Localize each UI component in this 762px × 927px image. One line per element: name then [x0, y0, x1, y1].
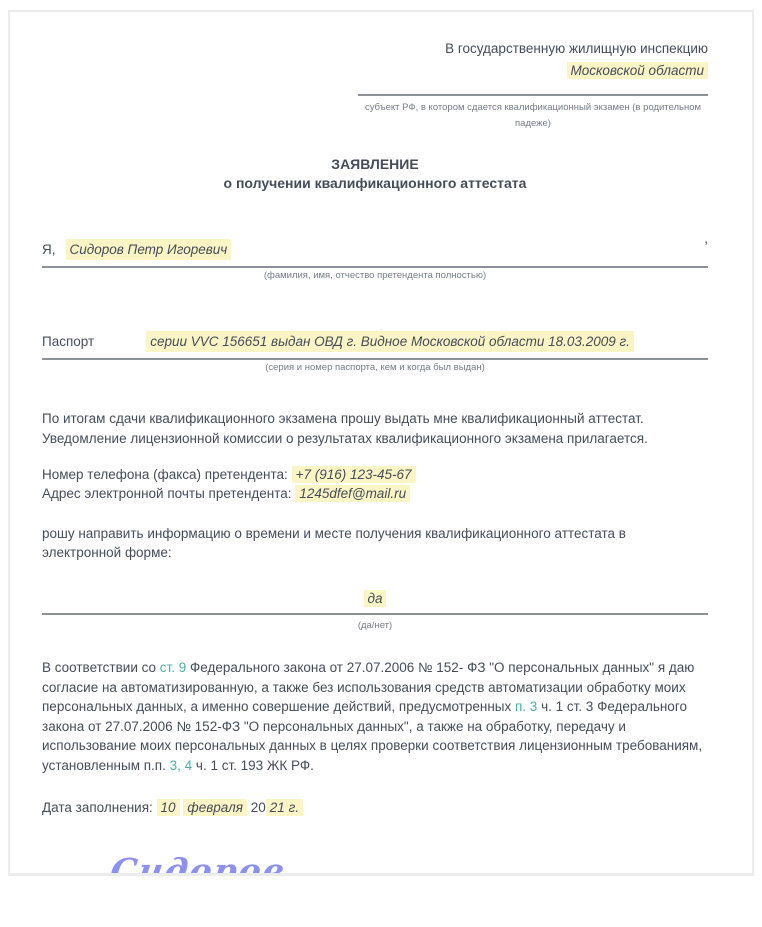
phone-value: +7 (916) 123-45-67	[292, 466, 416, 483]
date-year-value: 21 г.	[266, 799, 303, 816]
passport-label: Паспорт	[42, 332, 94, 352]
passport-caption: (серия и номер паспорта, кем и когда был…	[42, 360, 708, 377]
legal-link-pp34[interactable]: 3, 4	[170, 758, 193, 773]
delivery-paragraph: рошу направить информацию о времени и ме…	[42, 524, 688, 563]
document-title-block: ЗАЯВЛЕНИЕ о получении квалификационного …	[42, 155, 708, 193]
request-paragraph: По итогам сдачи квалификационного экзаме…	[42, 409, 688, 448]
applicant-caption: (фамилия, имя, отчество претендента полн…	[42, 268, 708, 285]
email-label: Адрес электронной почты претендента:	[42, 486, 292, 501]
date-century: 20	[251, 800, 266, 815]
handwritten-signature: Сидоров	[107, 851, 290, 876]
signature-left-column: Сидоров (подпись соискателя)	[42, 851, 354, 876]
date-day-value: 10	[157, 799, 180, 816]
applicant-prefix: Я,	[42, 240, 56, 260]
delivery-answer-row: да	[42, 589, 708, 609]
applicant-row: Я, Сидоров Петр Игоревич ,	[42, 239, 708, 269]
date-month-value: февраля	[183, 799, 247, 816]
signatory-name-value: Сидоров Петр Игоревич	[416, 875, 593, 876]
email-value: 1245dfef@mail.ru	[295, 485, 410, 502]
legal-link-p3[interactable]: п. 3	[515, 699, 537, 714]
passport-value: серии VVC 156651 выдан ОВД г. Видное Мос…	[146, 331, 634, 353]
delivery-answer-field: да (да/нет)	[42, 589, 708, 634]
delivery-caption: (да/нет)	[42, 618, 708, 635]
phone-row: Номер телефона (факса) претендента: +7 (…	[42, 466, 708, 485]
recipient-header: В государственную жилищную инспекцию Мос…	[358, 38, 708, 133]
legal-link-st9[interactable]: ст. 9	[160, 660, 186, 675]
recipient-line: В государственную жилищную инспекцию	[358, 38, 708, 60]
consent-text-1: В соответствии со	[42, 660, 160, 675]
email-row: Адрес электронной почты претендента: 124…	[42, 485, 708, 504]
delivery-underline	[42, 613, 708, 615]
trailing-comma: ,	[704, 229, 708, 249]
passport-field: Паспорт серии VVC 156651 выдан ОВД г. Ви…	[42, 331, 708, 377]
document-title: ЗАЯВЛЕНИЕ	[42, 155, 708, 174]
recipient-underline	[358, 94, 708, 96]
delivery-answer-value: да	[364, 590, 387, 607]
region-value: Московской области	[358, 63, 708, 78]
passport-row: Паспорт серии VVC 156651 выдан ОВД г. Ви…	[42, 331, 708, 361]
document-subtitle: о получении квалификационного аттестата	[42, 174, 708, 193]
consent-paragraph: В соответствии со ст. 9 Федерального зак…	[42, 658, 708, 775]
recipient-caption: субъект РФ, в котором сдается квалификац…	[358, 100, 708, 133]
region-highlight: Московской области	[567, 62, 708, 79]
date-label: Дата заполнения:	[42, 800, 157, 815]
consent-text-4: ч. 1 ст. 193 ЖК РФ.	[192, 758, 314, 773]
applicant-name-value: Сидоров Петр Игоревич	[66, 239, 232, 261]
applicant-field: Я, Сидоров Петр Игоревич , (фамилия, имя…	[42, 239, 708, 285]
signature-right-column: Сидоров Петр Игоревич (фамилия, имя, отч…	[416, 851, 708, 876]
application-document-page: В государственную жилищную инспекцию Мос…	[8, 10, 754, 876]
contact-block: Номер телефона (факса) претендента: +7 (…	[42, 466, 708, 504]
phone-label: Номер телефона (факса) претендента:	[42, 467, 288, 482]
fill-date-field: Дата заполнения: 10 февраля 2021 г.	[42, 798, 708, 818]
signature-section: Сидоров (подпись соискателя) Сидоров Пет…	[42, 851, 708, 876]
